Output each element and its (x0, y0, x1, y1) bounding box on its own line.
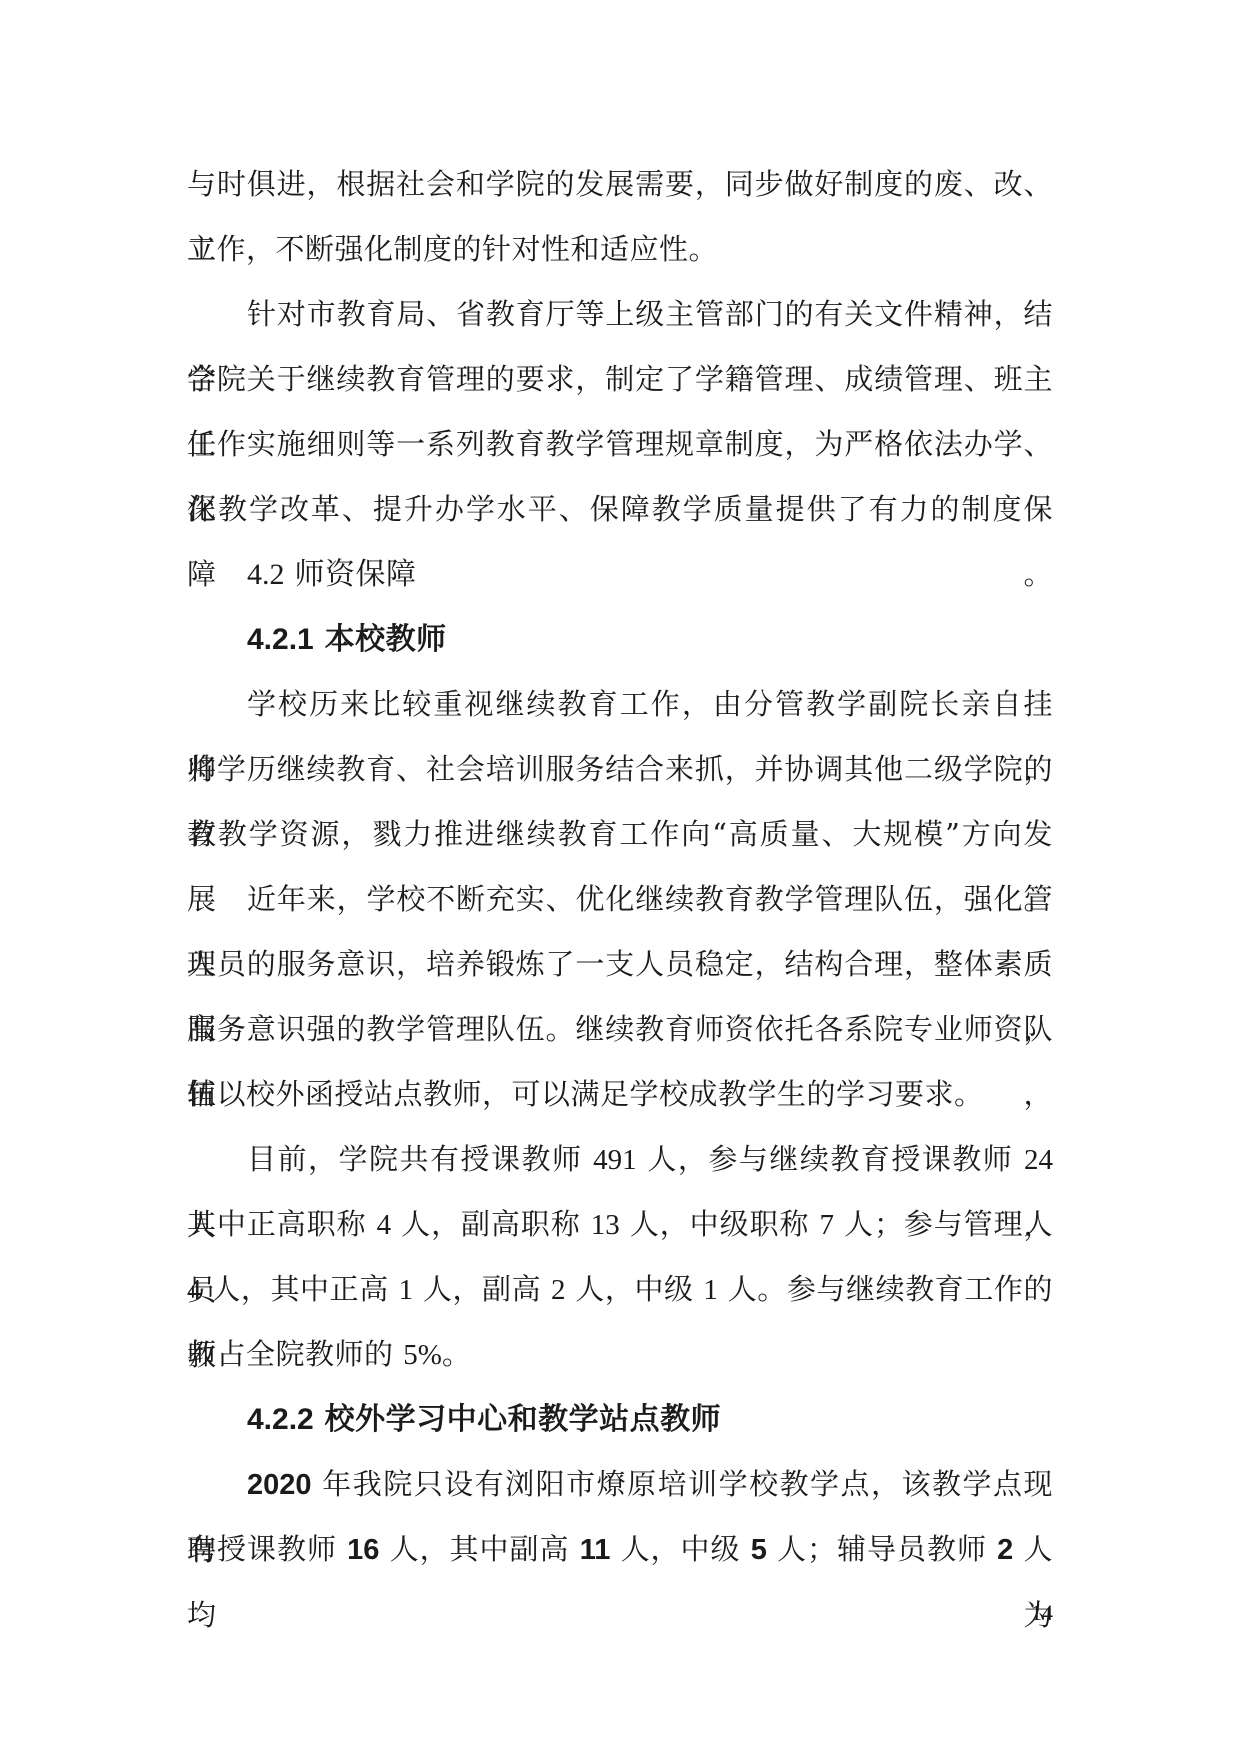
section-heading-4-2-2: 4.2.2 校外学习中心和教学站点教师 (187, 1387, 1053, 1452)
text-run: 师占全院教师的 (187, 1337, 403, 1371)
number-run: 4 (377, 1209, 392, 1241)
body-line: 学校历来比较重视继续教育工作，由分管教学副院长亲自挂帅， (187, 672, 1053, 737)
document-page: 与时俱进，根据社会和学院的发展需要，同步做好制度的废、改、立 工作，不断强化制度… (0, 0, 1240, 1754)
text-run: 有授课教师 (187, 1532, 347, 1566)
body-line: 4 人，其中正高 1 人，副高 2 人，中级 1 人。参与继续教育工作的教 (187, 1257, 1053, 1322)
section-heading-4-2-1: 4.2.1 本校教师 (187, 607, 1053, 672)
body-line: 近年来，学校不断充实、优化继续教育教学管理队伍，强化管理 (187, 867, 1053, 932)
body-line: 人员的服务意识，培养锻炼了一支人员稳定，结构合理，整体素质高， (187, 932, 1053, 997)
text-run: 人；辅导员教师 (767, 1532, 997, 1566)
text-run: 人，中级 (566, 1272, 704, 1306)
heading-title: 校外学习中心和教学站点教师 (314, 1402, 721, 1437)
heading-number: 4.2 (247, 558, 285, 591)
number-run: 2 (551, 1274, 566, 1306)
body-line: 将学历继续教育、社会培训服务结合来抓，并协调其他二级学院的教 (187, 737, 1053, 802)
body-line: 目前，学院共有授课教师 491 人，参与继续教育授课教师 24 人， (187, 1127, 1053, 1192)
body-line: 2020 年我院只设有浏阳市燎原培训学校教学点，该教学点现聘 (187, 1452, 1053, 1517)
number-run: 5% (403, 1339, 442, 1371)
text-run: 辅以校外函授站点教师，可以满足学校成教学生的学习要求。 (187, 1077, 984, 1111)
number-run: 4 (187, 1274, 202, 1306)
body-line: 师占全院教师的 5%。 (187, 1322, 1053, 1387)
number-run: 491 (593, 1144, 637, 1176)
heading-title: 师资保障 (285, 557, 417, 592)
body-line: 与时俱进，根据社会和学院的发展需要，同步做好制度的废、改、立 (187, 152, 1053, 217)
text-run: 目前，学院共有授课教师 (247, 1142, 593, 1176)
text-run: 工作，不断强化制度的针对性和适应性。 (187, 232, 718, 266)
text-run: 人，中级职称 (620, 1207, 820, 1241)
body-line: 针对市教育局、省教育厅等上级主管部门的有关文件精神，结合 (187, 282, 1053, 347)
body-line: 其中正高职称 4 人，副高职称 13 人，中级职称 7 人；参与管理人员 (187, 1192, 1053, 1257)
page-number: 14 (1031, 1598, 1053, 1628)
text-run: 人，参与继续教育授课教师 (637, 1142, 1024, 1176)
number-run: 5 (751, 1534, 767, 1566)
number-run: 1 (703, 1274, 718, 1306)
number-run: 11 (580, 1534, 611, 1566)
number-run: 2 (997, 1534, 1013, 1566)
body-line: 服务意识强的教学管理队伍。继续教育师资依托各系院专业师资队伍， (187, 997, 1053, 1062)
text-run: 人，其中正高 (202, 1272, 399, 1306)
number-run: 13 (591, 1209, 620, 1241)
number-run: 1 (399, 1274, 414, 1306)
body-line: 育教学资源，戮力推进继续教育工作向“高质量、大规模”方向发展。 (187, 802, 1053, 867)
text-run: 人，中级 (610, 1532, 750, 1566)
text-run: 其中正高职称 (187, 1207, 377, 1241)
body-line: 学院关于继续教育管理的要求，制定了学籍管理、成绩管理、班主任 (187, 347, 1053, 412)
number-run: 2020 (247, 1469, 312, 1501)
text-run: 人，其中副高 (379, 1532, 579, 1566)
number-run: 16 (347, 1534, 379, 1566)
body-line: 有授课教师 16 人，其中副高 11 人，中级 5 人；辅导员教师 2 人均为 (187, 1517, 1053, 1582)
number-run: 24 (1024, 1144, 1053, 1176)
heading-number: 4.2.1 (247, 623, 314, 656)
body-line: 辅以校外函授站点教师，可以满足学校成教学生的学习要求。 (187, 1062, 1053, 1127)
heading-title: 本校教师 (314, 622, 447, 657)
body-line: 工作实施细则等一系列教育教学管理规章制度，为严格依法办学、深 (187, 412, 1053, 477)
body-line: 工作，不断强化制度的针对性和适应性。 (187, 217, 1053, 282)
number-run: 7 (819, 1209, 834, 1241)
heading-number: 4.2.2 (247, 1403, 314, 1436)
text-run: 。 (442, 1337, 472, 1371)
body-line: 化教学改革、提升办学水平、保障教学质量提供了有力的制度保障。 (187, 477, 1053, 542)
text-run: 人，副高 (413, 1272, 551, 1306)
text-run: 人，副高职称 (391, 1207, 591, 1241)
document-text-block: 与时俱进，根据社会和学院的发展需要，同步做好制度的废、改、立 工作，不断强化制度… (187, 152, 1053, 1582)
